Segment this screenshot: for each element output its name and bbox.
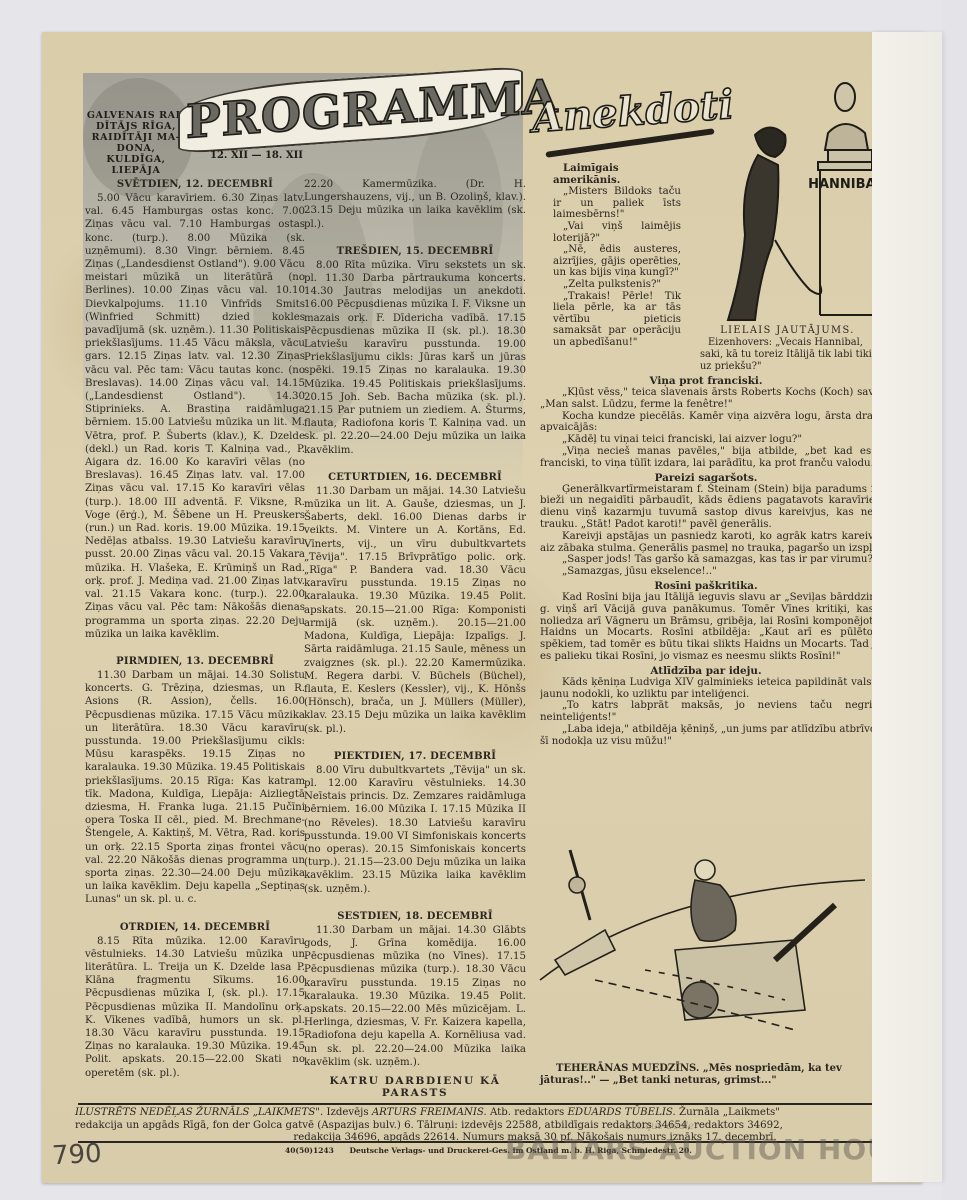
- editor-name: EDUARDS TŪBELIS.: [568, 1107, 676, 1118]
- joke-paragraph: „To katrs labprāt maksās, jo neviens tač…: [540, 700, 872, 724]
- torn-page-edge: [872, 32, 942, 1182]
- auction-watermark: antique dealer BALTARS AUCTION HOUSE: [505, 1133, 932, 1166]
- imprint-line-2: redakcija un apgāds Rīgā, fon der Golca …: [75, 1120, 875, 1133]
- joke-paragraph: „Kādēļ tu viņai teici franciski, lai aiz…: [540, 434, 872, 446]
- joke-paragraph: „Samazgas, jūsu ekselence!..": [540, 566, 872, 578]
- joke-title: Laimīgais amerikānis.: [553, 163, 681, 186]
- imprint-line-1: ILUSTRĒTS NEDĒĻAS ŽURNĀLS „LAIKMETS". Iz…: [75, 1107, 875, 1120]
- joke-paragraph: Kareivji apstājas un pasniedz karoti, ko…: [540, 531, 872, 555]
- joke-paragraph: Kocha kundze piecēlās. Kamēr viņa aizvēr…: [540, 411, 872, 435]
- jokes-column: Viņa prot franciski. „Kļūst vēss," teica…: [540, 373, 872, 748]
- joke-line: „Trakais! Pērle! Tik liela pērle, ka ar …: [553, 291, 681, 349]
- joke-paragraph: Ģenerālkvartīrmeistaram f. Šteinam (Stei…: [540, 484, 872, 531]
- caption-text: Eizenhovers: „Vecais Hannibal, saki, kā …: [700, 337, 875, 373]
- joke-paragraph: Kāds ķēniņa Ludviga XIV galminieks ietei…: [540, 677, 872, 701]
- day-heading: PIEKTDIEN, 17. DECEMBRĪ: [304, 750, 526, 764]
- day-schedule: 11.30 Darbam un mājai. 14.30 Solistu kon…: [85, 669, 305, 907]
- day-heading: SESTDIEN, 18. DECEMBRĪ: [304, 910, 526, 924]
- day-heading: OTRDIEN, 14. DECEMBRĪ: [85, 921, 305, 935]
- day-schedule: 5.00 Vācu karavīriem. 6.30 Ziņas latv. v…: [85, 192, 305, 641]
- day-heading: TREŠDIEN, 15. DECEMBRĪ: [304, 245, 526, 259]
- schedule-column-2: 22.20 Kamermūzika. (Dr. H. Lungershauzen…: [304, 178, 526, 1099]
- date-range: 12. XII — 18. XII: [210, 150, 303, 161]
- joke-paragraph: „Laba ideja," atbildēja ķēniņš, „un jums…: [540, 724, 872, 748]
- joke-line: „Zelta pulkstenis?": [553, 279, 681, 291]
- schedule-column-1: SVĒTDIEN, 12. DECEMBRĪ 5.00 Vācu karavīr…: [85, 178, 305, 1094]
- day-schedule: 8.00 Vīru dubultkvartets „Tēvija" un sk.…: [304, 764, 526, 896]
- joke-line: „Nē, ēdis austeres, aizrījies, gājis ope…: [553, 244, 681, 279]
- day-heading: SVĒTDIEN, 12. DECEMBRĪ: [85, 178, 305, 192]
- day-heading: PIRMDIEN, 13. DECEMBRĪ: [85, 655, 305, 669]
- joke-title: Rosīni paškritika.: [540, 580, 872, 592]
- day-schedule-continued: 22.20 Kamermūzika. (Dr. H. Lungershauzen…: [304, 178, 526, 231]
- day-schedule: 8.00 Rīta mūzika. Vīru sekstets un sk. p…: [304, 259, 526, 457]
- joke-title: Viņa prot franciski.: [540, 375, 872, 387]
- magazine-name: ILUSTRĒTS NEDĒĻAS ŽURNĀLS „LAIKMETS".: [75, 1107, 323, 1118]
- joke-line: „Misters Bildoks taču ir un paliek īsts …: [553, 186, 681, 221]
- joke-paragraph: „Viņa necieš manas pavēles," bija atbild…: [540, 446, 872, 470]
- joke-title: Pareizi sagaršots.: [540, 472, 872, 484]
- cartoon-caption: TEHERĀNAS MUEDZĪNS. „Mēs nospriedām, ka …: [540, 1063, 870, 1087]
- day-schedule: 8.15 Rīta mūzika. 12.00 Karavīru vēstuln…: [85, 935, 305, 1080]
- divider: [78, 1103, 878, 1105]
- tehran-muezzin-cartoon: [535, 830, 875, 1050]
- day-heading: CETURTDIEN, 16. DECEMBRĪ: [304, 471, 526, 485]
- day-schedule: 11.30 Darbam un mājai. 14.30 Latviešu mū…: [304, 485, 526, 736]
- publisher-name: ARTURS FREIMANIS.: [372, 1107, 487, 1118]
- caption-title: LIELAIS JAUTĀJUMS.: [700, 325, 875, 337]
- weekday-note: KATRU DARBDIENU KĀ PARASTS: [304, 1075, 526, 1099]
- pedestal-label: HANNIBAL: [808, 177, 872, 192]
- day-schedule: 11.30 Darbam un mājai. 14.30 Glābts gods…: [304, 924, 526, 1069]
- hannibal-cartoon: HANNIBAL: [700, 75, 872, 325]
- joke-paragraph: „Sasper jods! Tas garšo kā samazgas, kas…: [540, 554, 872, 566]
- joke-line: „Vai viņš laimējis loterijā?": [553, 221, 681, 244]
- joke-title: Atlīdzība par ideju.: [540, 665, 872, 677]
- joke-lucky-american: Laimīgais amerikānis. „Misters Bildoks t…: [553, 163, 681, 349]
- pencil-annotation: 790: [51, 1139, 102, 1172]
- cartoon-caption: LIELAIS JAUTĀJUMS. Eizenhovers: „Vecais …: [700, 325, 875, 373]
- joke-paragraph: „Kļūst vēss," teica slavenais ārsts Robe…: [540, 387, 872, 411]
- joke-paragraph: Kad Rosīni bija jau Itālijā ieguvis slav…: [540, 592, 872, 663]
- stations-label: GALVENAIS RAI-DĪTĀJS RĪGA, RAIDĪTĀJI MA-…: [86, 110, 186, 176]
- background-right: [942, 0, 967, 1200]
